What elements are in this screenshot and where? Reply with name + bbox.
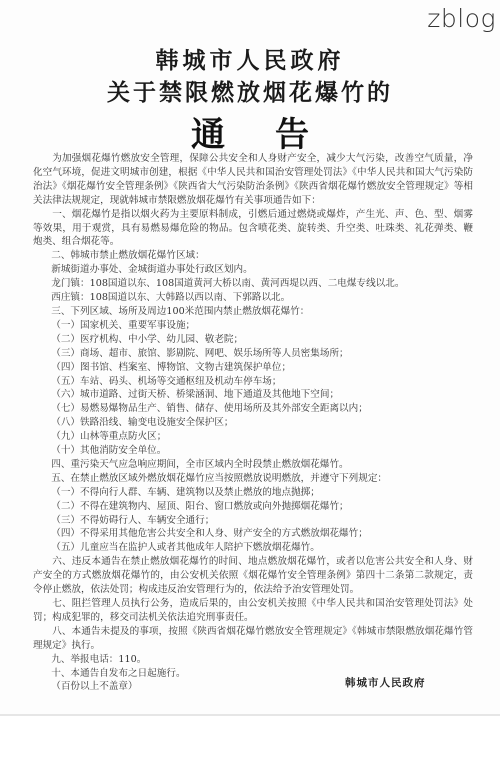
section-2-line: 新城街道办事处、金城街道办事处行政区划内。 [33, 263, 473, 277]
section-3-heading: 三、下列区域、场所及周边100米范围内禁止燃放烟花爆竹： [33, 305, 473, 319]
notice-document: zblog 韩城市人民政府 关于禁限燃放烟花爆竹的 通告 为加强烟花爆竹燃放安全… [0, 0, 500, 716]
section-5-item: （三）不得妨碍行人、车辆安全通行； [33, 514, 473, 528]
section-8: 八、本通告未提及的事项，按照《陕西省烟花爆竹燃放安全管理规定》《韩城市禁限燃放烟… [33, 625, 473, 653]
section-5-heading: 五、在禁止燃放区域外燃放烟花爆竹应当按照燃放说明燃放，并遵守下列规定： [33, 472, 473, 486]
section-3-item: （五）车站、码头、机场等交通枢纽及机动车停车场； [33, 375, 473, 389]
section-3-item: （七）易燃易爆物品生产、销售、储存、使用场所及其外部安全距离以内； [33, 402, 473, 416]
section-5-item: （四）不得采用其他危害公共安全和人身、财产安全的方式燃放烟花爆竹； [33, 527, 473, 541]
watermark: zblog [427, 4, 496, 33]
section-3-item: （九）山林等重点防火区； [33, 430, 473, 444]
section-5-item: （二）不得在建筑物内、屋顶、阳台、窗口燃放或向外抛掷烟花爆竹； [33, 500, 473, 514]
section-3-item: （三）商场、超市、旅馆、影剧院、网吧、娱乐场所等人员密集场所； [33, 347, 473, 361]
signature: 韩城市人民政府 [345, 675, 426, 690]
section-9-hotline: 九、举报电话：110。 [33, 653, 473, 667]
section-1: 一、烟花爆竹是指以烟火药为主要原料制成，引燃后通过燃烧或爆炸，产生光、声、色、型… [33, 208, 473, 250]
section-4: 四、重污染天气应急响应期间，全市区域内全时段禁止燃放烟花爆竹。 [33, 458, 473, 472]
notice-subject-title: 关于禁限燃放烟花爆竹的 [0, 74, 500, 107]
issuer-title: 韩城市人民政府 [0, 42, 500, 75]
section-3-item: （二）医疗机构、中小学、幼儿园、敬老院； [33, 333, 473, 347]
section-7: 七、阻拦管理人员执行公务，造成后果的，由公安机关按照《中华人民共和国治安管理处罚… [33, 597, 473, 625]
intro-paragraph: 为加强烟花爆竹燃放安全管理，保障公共安全和人身财产安全，减少大气污染，改善空气质… [33, 152, 473, 208]
section-3-item: （四）图书馆、档案室、博物馆、文物古建筑保护单位； [33, 361, 473, 375]
section-3-item: （八）铁路沿线、输变电设施安全保护区； [33, 416, 473, 430]
section-3-item: （六）城市道路、过街天桥、桥梁涵洞、地下通道及其他地下空间； [33, 388, 473, 402]
section-2-line: 龙门镇：108国道以东、108国道黄河大桥以南、黄河西堤以西、二电煤专线以北。 [33, 277, 473, 291]
section-5-item: （一）不得向行人群、车辆、建筑物以及禁止燃放的地点抛掷； [33, 486, 473, 500]
section-3-item: （十）其他消防安全单位。 [33, 444, 473, 458]
section-2-heading: 二、韩城市禁止燃放烟花爆竹区域： [33, 249, 473, 263]
notice-body: 为加强烟花爆竹燃放安全管理，保障公共安全和人身财产安全，减少大气污染，改善空气质… [33, 152, 473, 694]
section-6: 六、违反本通告在禁止燃放烟花爆竹的时间、地点燃放烟花爆竹，或者以危害公共安全和人… [33, 555, 473, 597]
section-2-line: 西庄镇：108国道以东、大韩路以西以南、下郭路以北。 [33, 291, 473, 305]
section-5-item: （五）儿童应当在监护人或者其他成年人陪护下燃放烟花爆竹。 [33, 541, 473, 555]
section-3-item: （一）国家机关、重要军事设施； [33, 319, 473, 333]
notice-heading: 通告 [0, 107, 500, 156]
